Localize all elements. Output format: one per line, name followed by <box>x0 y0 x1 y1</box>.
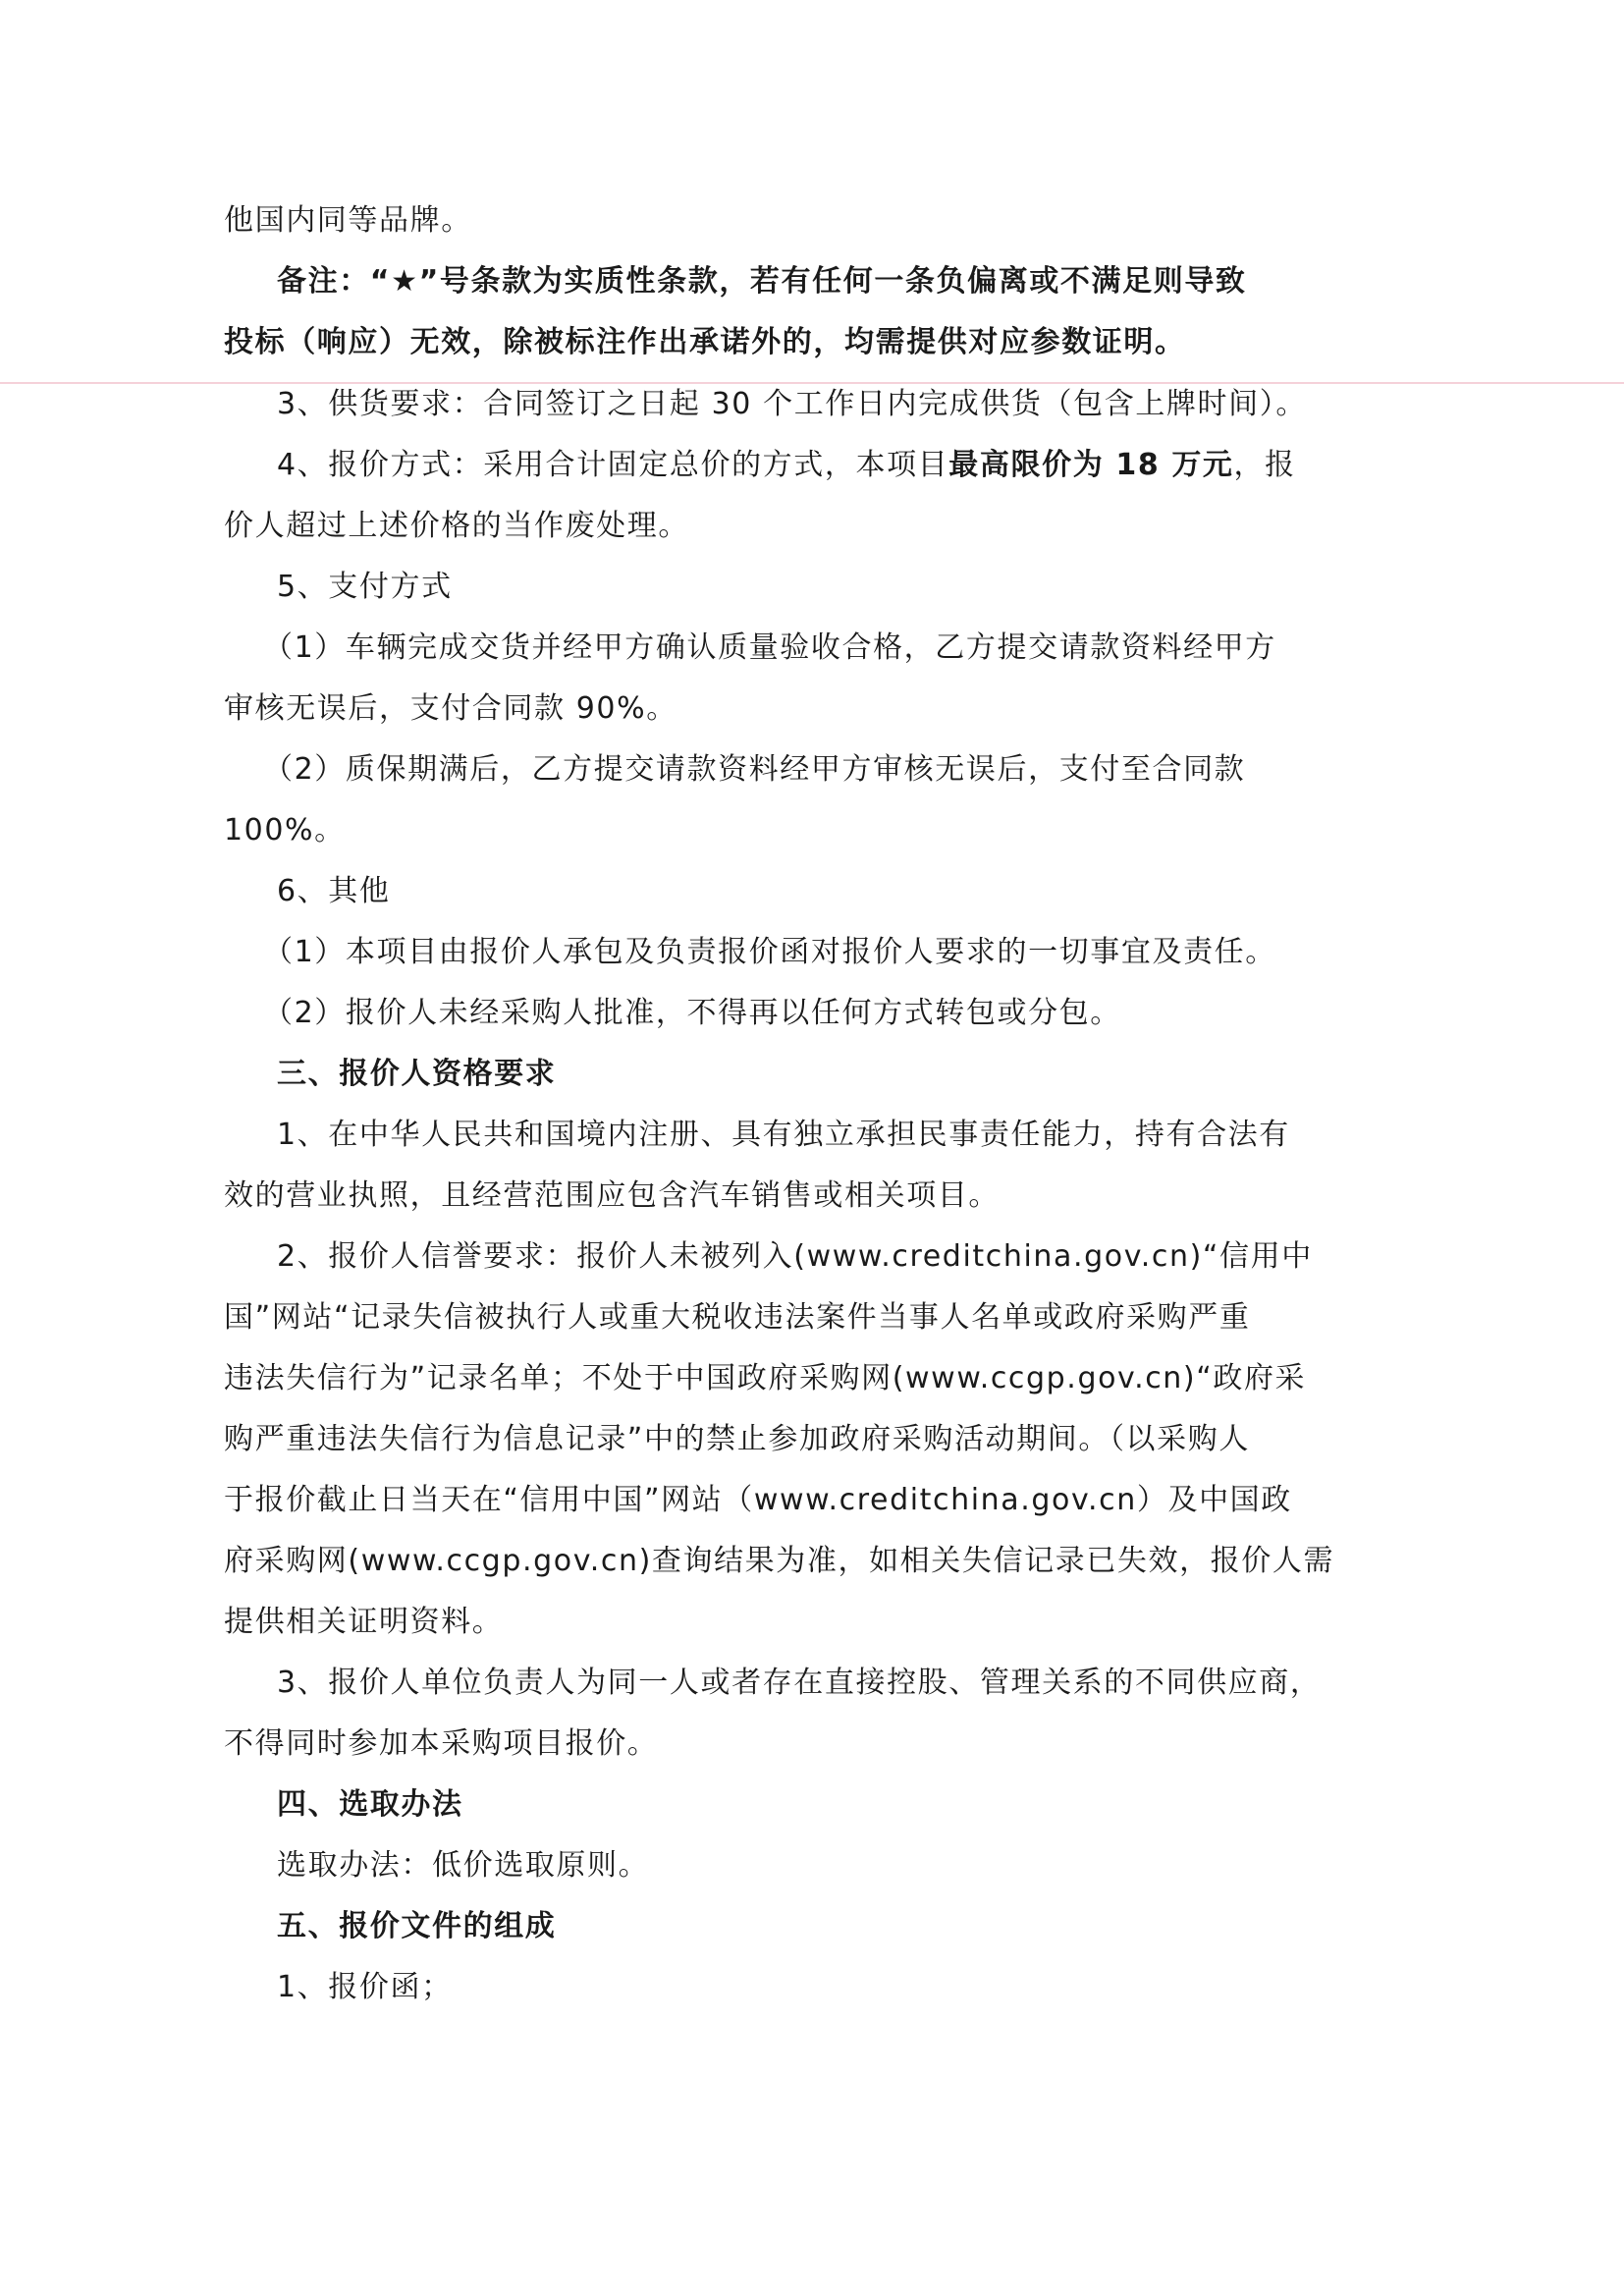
text-line: 于报价截止日当天在“信用中国”网站（www.creditchina.gov.cn… <box>224 1481 1402 1520</box>
other-heading: 6、其他 <box>277 872 1455 911</box>
text-line: 价人超过上述价格的当作废处理。 <box>224 507 1402 546</box>
text-line: 国”网站“记录失信被执行人或重大税收违法案件当事人名单或政府采购严重 <box>224 1298 1402 1338</box>
scan-artifact-line <box>0 382 1624 384</box>
documents-item-1: 1、报价函； <box>277 1968 1455 2007</box>
selection-method: 选取办法：低价选取原则。 <box>277 1846 1455 1886</box>
supply-requirement: 3、供货要求：合同签订之日起 30 个工作日内完成供货（包含上牌时间）。 <box>277 385 1455 424</box>
text-line: 府采购网(www.ccgp.gov.cn)查询结果为准，如相关失信记录已失效，报… <box>224 1542 1402 1581</box>
text-line: 不得同时参加本采购项目报价。 <box>224 1724 1402 1764</box>
quote-method-tail: ，报 <box>1234 448 1296 482</box>
text-line: 100%。 <box>224 811 1402 850</box>
text-line: 提供相关证明资料。 <box>224 1603 1402 1642</box>
note-line: 备注：“★”号条款为实质性条款，若有任何一条负偏离或不满足则导致 <box>277 262 1455 301</box>
section-heading-selection: 四、选取办法 <box>277 1785 1455 1825</box>
payment-item-1: （1）车辆完成交货并经甲方确认质量验收合格，乙方提交请款资料经甲方 <box>263 629 1441 668</box>
max-price-text: 最高限价为 18 万元 <box>948 448 1233 482</box>
text-line: 购严重违法失信行为信息记录”中的禁止参加政府采购活动期间。（以采购人 <box>224 1420 1402 1459</box>
payment-heading: 5、支付方式 <box>277 568 1455 607</box>
note-line: 投标（响应）无效，除被标注作出承诺外的，均需提供对应参数证明。 <box>224 323 1402 362</box>
qualification-item-1: 1、在中华人民共和国境内注册、具有独立承担民事责任能力，持有合法有 <box>277 1116 1455 1155</box>
text-line: 他国内同等品牌。 <box>224 201 1402 241</box>
quote-method-text: 4、报价方式：采用合计固定总价的方式，本项目 <box>277 448 948 482</box>
other-item-2: （2）报价人未经采购人批准，不得再以任何方式转包或分包。 <box>263 994 1441 1033</box>
quote-method: 4、报价方式：采用合计固定总价的方式，本项目最高限价为 18 万元，报 <box>277 446 1455 485</box>
payment-item-2: （2）质保期满后，乙方提交请款资料经甲方审核无误后，支付至合同款 <box>263 750 1441 790</box>
other-item-1: （1）本项目由报价人承包及负责报价函对报价人要求的一切事宜及责任。 <box>263 933 1441 972</box>
text-line: 违法失信行为”记录名单；不处于中国政府采购网(www.ccgp.gov.cn)“… <box>224 1359 1402 1398</box>
qualification-item-3: 3、报价人单位负责人为同一人或者存在直接控股、管理关系的不同供应商， <box>277 1664 1455 1703</box>
section-heading-documents: 五、报价文件的组成 <box>277 1907 1455 1946</box>
section-heading-qualification: 三、报价人资格要求 <box>277 1055 1455 1094</box>
qualification-item-2: 2、报价人信誉要求：报价人未被列入(www.creditchina.gov.cn… <box>277 1237 1455 1277</box>
document-page: 他国内同等品牌。 备注：“★”号条款为实质性条款，若有任何一条负偏离或不满足则导… <box>0 0 1624 2296</box>
text-line: 审核无误后，支付合同款 90%。 <box>224 689 1402 729</box>
text-line: 效的营业执照，且经营范围应包含汽车销售或相关项目。 <box>224 1176 1402 1216</box>
